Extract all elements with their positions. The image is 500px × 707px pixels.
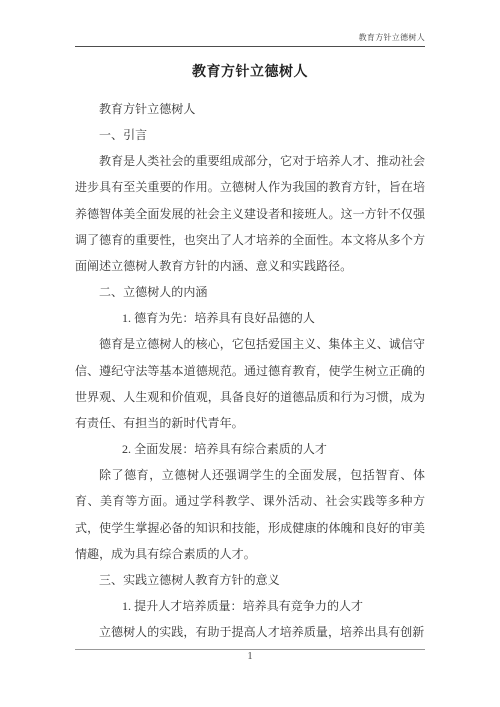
section-heading: 二、立德树人的内涵 [75,279,425,305]
header-divider [75,46,425,47]
subsection-heading: 1. 德育为先：培养具有良好品德的人 [75,305,425,331]
doc-paragraph: 立德树人的实践，有助于提高人才培养质量，培养出具有创新 [75,619,425,645]
doc-paragraph: 除了德育，立德树人还强调学生的全面发展，包括智育、体育、美育等方面。通过学科教学… [75,462,425,567]
subsection-heading: 1. 提升人才培养质量：培养具有竞争力的人才 [75,593,425,619]
footer-divider [75,649,425,650]
section-heading: 三、实践立德树人教育方针的意义 [75,567,425,593]
doc-paragraph: 教育是人类社会的重要组成部分，它对于培养人才、推动社会进步具有至关重要的作用。立… [75,148,425,279]
doc-first-line: 教育方针立德树人 [75,96,425,122]
header-text: 教育方针立德树人 [359,32,425,43]
section-heading: 一、引言 [75,122,425,148]
subsection-heading: 2. 全面发展：培养具有综合素质的人才 [75,436,425,462]
document-title: 教育方针立德树人 [0,63,500,83]
document-body: 教育方针立德树人 一、引言 教育是人类社会的重要组成部分，它对于培养人才、推动社… [75,96,425,649]
doc-paragraph: 德育是立德树人的核心，它包括爱国主义、集体主义、诚信守信、遵纪守法等基本道德规范… [75,331,425,436]
page-number: 1 [0,651,500,662]
page-header: 教育方针立德树人 [75,0,425,46]
document-page: 教育方针立德树人 教育方针立德树人 教育方针立德树人 一、引言 教育是人类社会的… [0,0,500,707]
